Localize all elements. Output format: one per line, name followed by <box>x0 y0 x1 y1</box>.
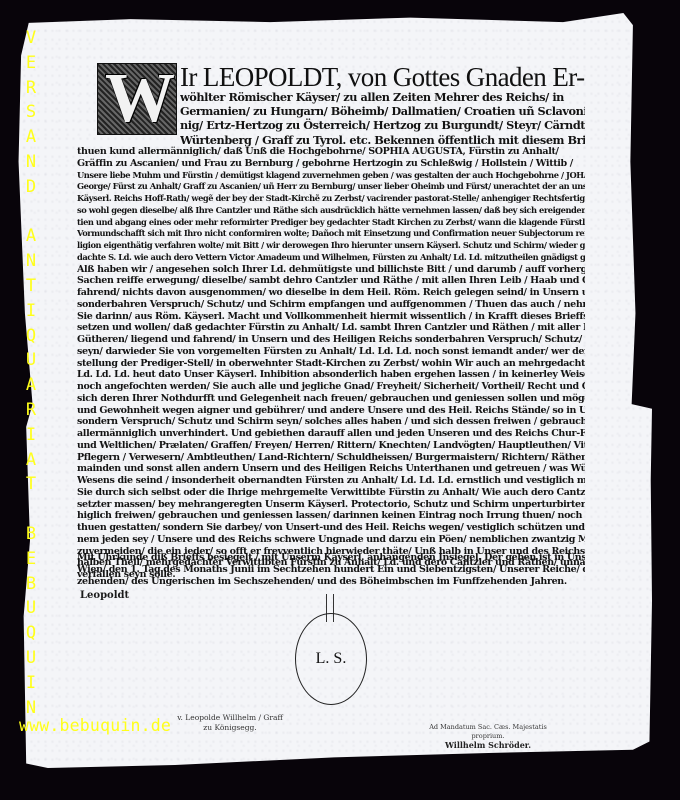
watermark-letter: T <box>21 274 41 299</box>
text-line: Wesens die seind / insonderheit obernand… <box>77 475 585 486</box>
text-line: Würtenberg / Graff zu Tyrol. etc. Bekenn… <box>180 133 585 147</box>
watermark-letter: V <box>21 26 41 51</box>
text-line: Vormundschafft sich mit Ihro nicht confo… <box>77 228 585 238</box>
text-line: Käyserl. Reichs Hoff-Rath/ wegẽ der bey … <box>77 193 585 203</box>
watermark-letter: T <box>21 472 41 497</box>
text-line: setzen und wollen/ daß gedachter Fürstin… <box>77 322 585 333</box>
decorated-initial: W <box>97 63 177 135</box>
countersign-left-line1: v. Leopolde Willhelm / Graff <box>165 713 295 723</box>
text-line: Pflegern / Verwesern/ Ambtleuthen/ Land-… <box>77 452 585 463</box>
text-line: Gräffin zu Ascanien/ und Frau zu Bernbur… <box>77 158 585 169</box>
text-line: zehenden/ des Ungerischen im Sechszehend… <box>77 576 585 587</box>
watermark-letter: A <box>21 125 41 150</box>
watermark-letter: D <box>21 175 41 200</box>
countersignature-right: Ad Mandatum Sac. Cæs. Majestatis propriu… <box>418 723 558 750</box>
text-line: tien und abgang eines oder mehr reformir… <box>77 217 585 227</box>
seal-circle: L. S. <box>295 613 367 705</box>
text-line: Alß haben wir / angesehen solch Ihrer Ld… <box>77 264 585 275</box>
text-line: George/ Fürst zu Anhalt/ Graff zu Ascani… <box>77 181 585 191</box>
text-line: und Weltlichen/ Prælaten/ Graffen/ Freye… <box>77 440 585 451</box>
text-line: thuen kund allermänniglich/ daß Unß die … <box>77 146 585 157</box>
text-line: Mit Uhrkunde diß Brieffs besiegelt / mit… <box>77 552 585 563</box>
text-line: Germanien/ zu Hungarn/ Böheimb/ Dallmati… <box>180 104 585 118</box>
watermark-letter: I <box>21 671 41 696</box>
watermark-letter: I <box>21 299 41 324</box>
watermark-letter: E <box>21 547 41 572</box>
watermark-letter: U <box>21 596 41 621</box>
text-line: sich deren Ihrer Nothdurfft und Gelegenh… <box>77 393 585 404</box>
watermark-letter: Q <box>21 324 41 349</box>
watermark-letter <box>21 497 41 522</box>
watermark-url: www.bebuquin.de <box>19 716 171 735</box>
text-line: higlich freiwen/ gebrauchen und geniesse… <box>77 510 585 521</box>
watermark-letter: U <box>21 646 41 671</box>
text-line: Unsere liebe Muhm und Fürstin / demütigs… <box>77 170 585 180</box>
watermark-letter: U <box>21 348 41 373</box>
text-line: Ld. Ld. Ld. heut dato Unser Käyserl. Inh… <box>77 369 585 380</box>
countersign-left-line2: zu Königsegg. <box>165 723 295 733</box>
initial-letter: W <box>105 64 169 134</box>
countersignature-left: v. Leopolde Willhelm / Graff zu Königseg… <box>165 713 295 733</box>
watermark-letter: N <box>21 249 41 274</box>
watermark-letter: E <box>21 51 41 76</box>
text-line: Wien/ den 1. Tag des Monaths Junii im Se… <box>77 564 585 575</box>
countersign-right-line1: Ad Mandatum Sac. Cæs. Majestatis <box>418 723 558 732</box>
text-line: dachte S. Ld. wie auch dero Vettern Vict… <box>77 252 585 262</box>
watermark-letter: R <box>21 76 41 101</box>
text-line: thuen gestatten/ sondern Sie darbey/ von… <box>77 522 585 533</box>
text-line: fahrend/ nichts davon ausgenommen/ wo di… <box>77 287 585 298</box>
text-line: so wohl gegen dieselbe/ alß Ihre Cantzle… <box>77 205 585 215</box>
watermark-letter: B <box>21 522 41 547</box>
text-line: allermänniglich unverhindert. Und gebiet… <box>77 428 585 439</box>
text-line: und Gewohnheit wegen aigner und gebührer… <box>77 405 585 416</box>
text-line: sonderbahren Verspruch/ Schutz/ und Schi… <box>77 299 585 310</box>
text-line: seyn/ darwieder Sie von vorgemelten Fürs… <box>77 346 585 357</box>
watermark-vertical-text: VERSAND ANTIQUARIAT BEBUQUIN <box>21 26 41 720</box>
text-line: setzter massen/ bey mehrangeregten Unser… <box>77 499 585 510</box>
countersign-right-name: Willhelm Schröder. <box>418 741 558 750</box>
watermark-letter: I <box>21 423 41 448</box>
text-line: Gütheren/ liegend und fahrend/ in Unsern… <box>77 334 585 345</box>
text-line: noch angefochten werden/ Sie auch alle u… <box>77 381 585 392</box>
watermark-letter: Q <box>21 621 41 646</box>
watermark-letter <box>21 200 41 225</box>
watermark-letter: A <box>21 224 41 249</box>
text-line: Sie durch sich selbst oder die Ihrige me… <box>77 487 585 498</box>
signature-leopoldt: Leopoldt <box>80 590 129 601</box>
text-line: Sie darinn/ aus Röm. Käyserl. Macht und … <box>77 311 585 322</box>
text-line: stellung der Prediger-Stell/ in oberwehn… <box>77 358 585 369</box>
seal-label: L. S. <box>316 650 347 668</box>
text-line: wöhlter Römischer Käyser/ zu allen Zeite… <box>180 90 585 104</box>
text-line: mainden und sonst allen andern Unsern un… <box>77 463 585 474</box>
text-line: Sachen reiffe erwegung/ dieselbe/ sambt … <box>77 275 585 286</box>
text-line: nig/ Ertz-Hertzog zu Österreich/ Hertzog… <box>180 118 585 132</box>
watermark-letter: R <box>21 398 41 423</box>
text-line: nem jeden sey / Unsere und des Reichs sc… <box>77 534 585 545</box>
watermark-letter: A <box>21 373 41 398</box>
watermark-letter: B <box>21 572 41 597</box>
watermark-letter: S <box>21 100 41 125</box>
text-line: sondern Verspruch/ Schutz und Schirm sey… <box>77 416 585 427</box>
document-heading: Ir LEOPOLDT, von Gottes Gnaden Er- <box>180 63 585 91</box>
text-line: ligion eigenthätig verfahren wolte/ mit … <box>77 240 585 250</box>
watermark-letter: N <box>21 150 41 175</box>
watermark-letter: A <box>21 448 41 473</box>
